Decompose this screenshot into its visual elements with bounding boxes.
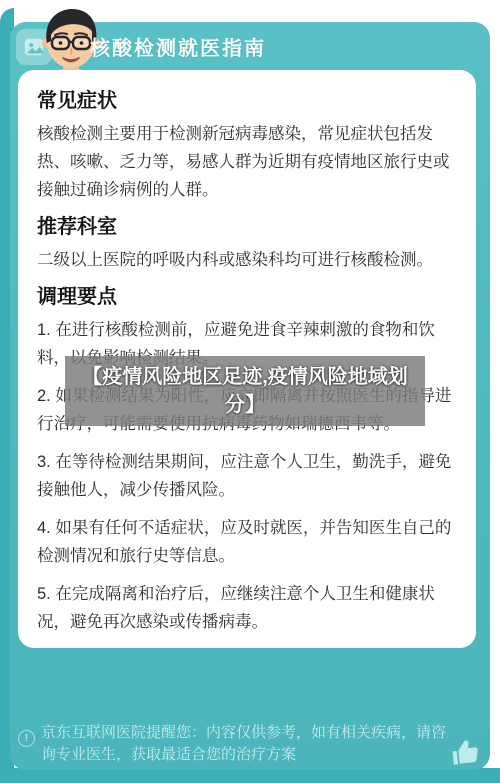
section-heading-care-points: 调理要点 bbox=[37, 284, 457, 310]
care-point-item-3: 3. 在等待检测结果期间，应注意个人卫生，勤洗手，避免接触他人，减少传播风险。 bbox=[37, 448, 457, 504]
background-accent-bottom bbox=[0, 768, 500, 783]
footer: ! 京东互联网医院提醒您：内容仅供参考，如有相关疾病，请咨询专业医生，获取最适合… bbox=[14, 722, 486, 766]
watermark-overlay: 【疫情风险地区足迹,疫情风险地域划分】 bbox=[65, 356, 425, 426]
care-point-item-4: 4. 如果有任何不适症状，应及时就医，并告知医生自己的检测情况和旅行史等信息。 bbox=[37, 514, 457, 570]
section-body-departments: 二级以上医院的呼吸内科或感染科均可进行核酸检测。 bbox=[37, 246, 457, 274]
page-title: 核酸检测就医指南 bbox=[90, 32, 266, 61]
watermark-text: 【疫情风险地区足迹,疫情风险地域划分】 bbox=[73, 363, 417, 419]
info-icon: ! bbox=[18, 730, 35, 747]
section-heading-symptoms: 常见症状 bbox=[37, 88, 457, 114]
section-body-symptoms: 核酸检测主要用于检测新冠病毒感染，常见症状包括发热、咳嗽、乏力等，易感人群为近期… bbox=[37, 120, 457, 204]
section-heading-departments: 推荐科室 bbox=[37, 214, 457, 240]
page: 核酸检测就医指南 常见症状 核酸检测主要用于检测新冠病毒感染，常见症状包括发热、… bbox=[0, 0, 500, 783]
thumbs-up-icon[interactable] bbox=[448, 734, 483, 769]
footer-disclaimer: 京东互联网医院提醒您：内容仅供参考，如有相关疾病，请咨询专业医生，获取最适合您的… bbox=[41, 722, 449, 766]
header: 核酸检测就医指南 bbox=[10, 22, 490, 70]
care-point-item-5: 5. 在完成隔离和治疗后，应继续注意个人卫生和健康状况，避免再次感染或传播病毒。 bbox=[37, 580, 457, 636]
